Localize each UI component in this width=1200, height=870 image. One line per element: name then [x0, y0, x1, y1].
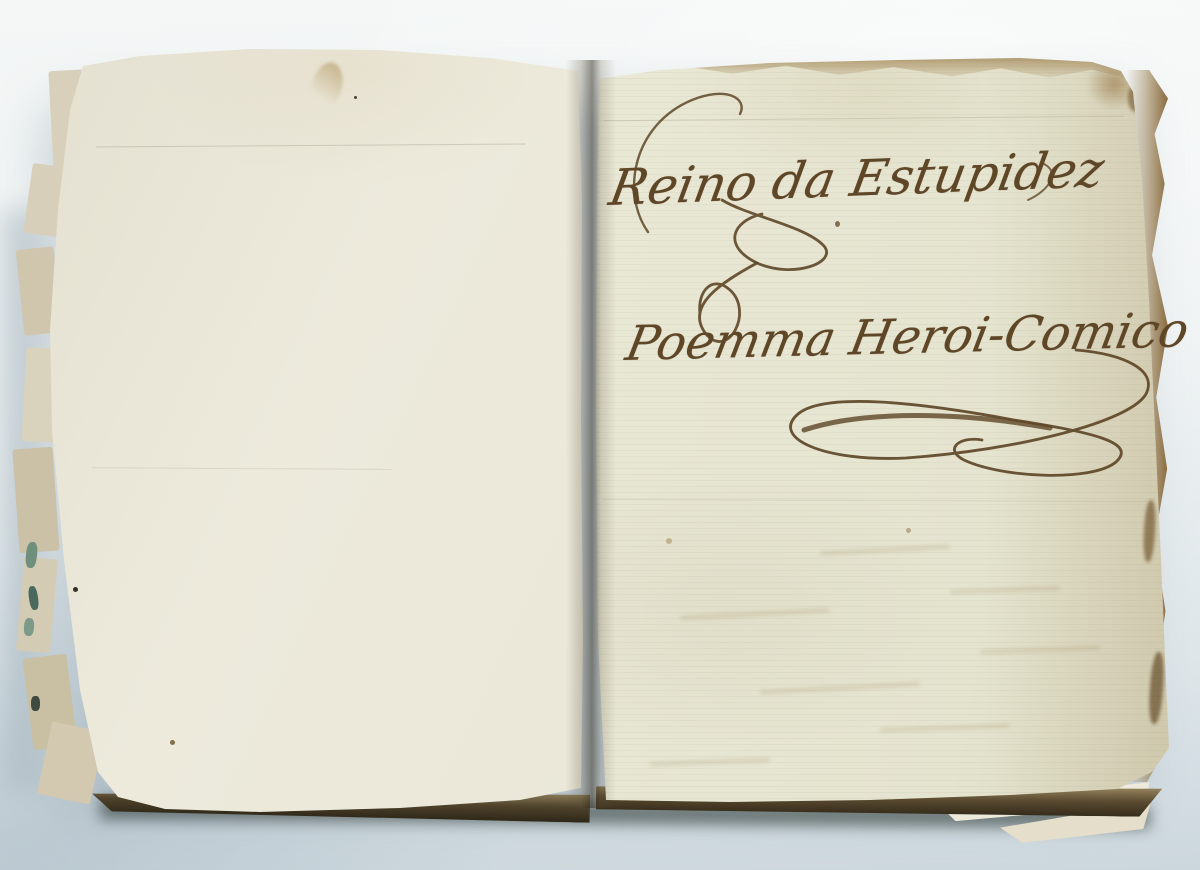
flourish-p-ascender-loop	[699, 263, 757, 342]
flourish-r-ascender	[634, 94, 742, 232]
calligraphic-flourishes	[0, 0, 1200, 870]
flourish-underline	[791, 350, 1149, 475]
flourish-r-descender-loop	[722, 200, 827, 270]
photograph-of-open-manuscript: Reino da Estupidez Poemma Heroi-Comico	[0, 0, 1200, 870]
flourish-z-tail	[1028, 164, 1052, 200]
flourish-underline-thick-stroke	[804, 416, 1050, 431]
